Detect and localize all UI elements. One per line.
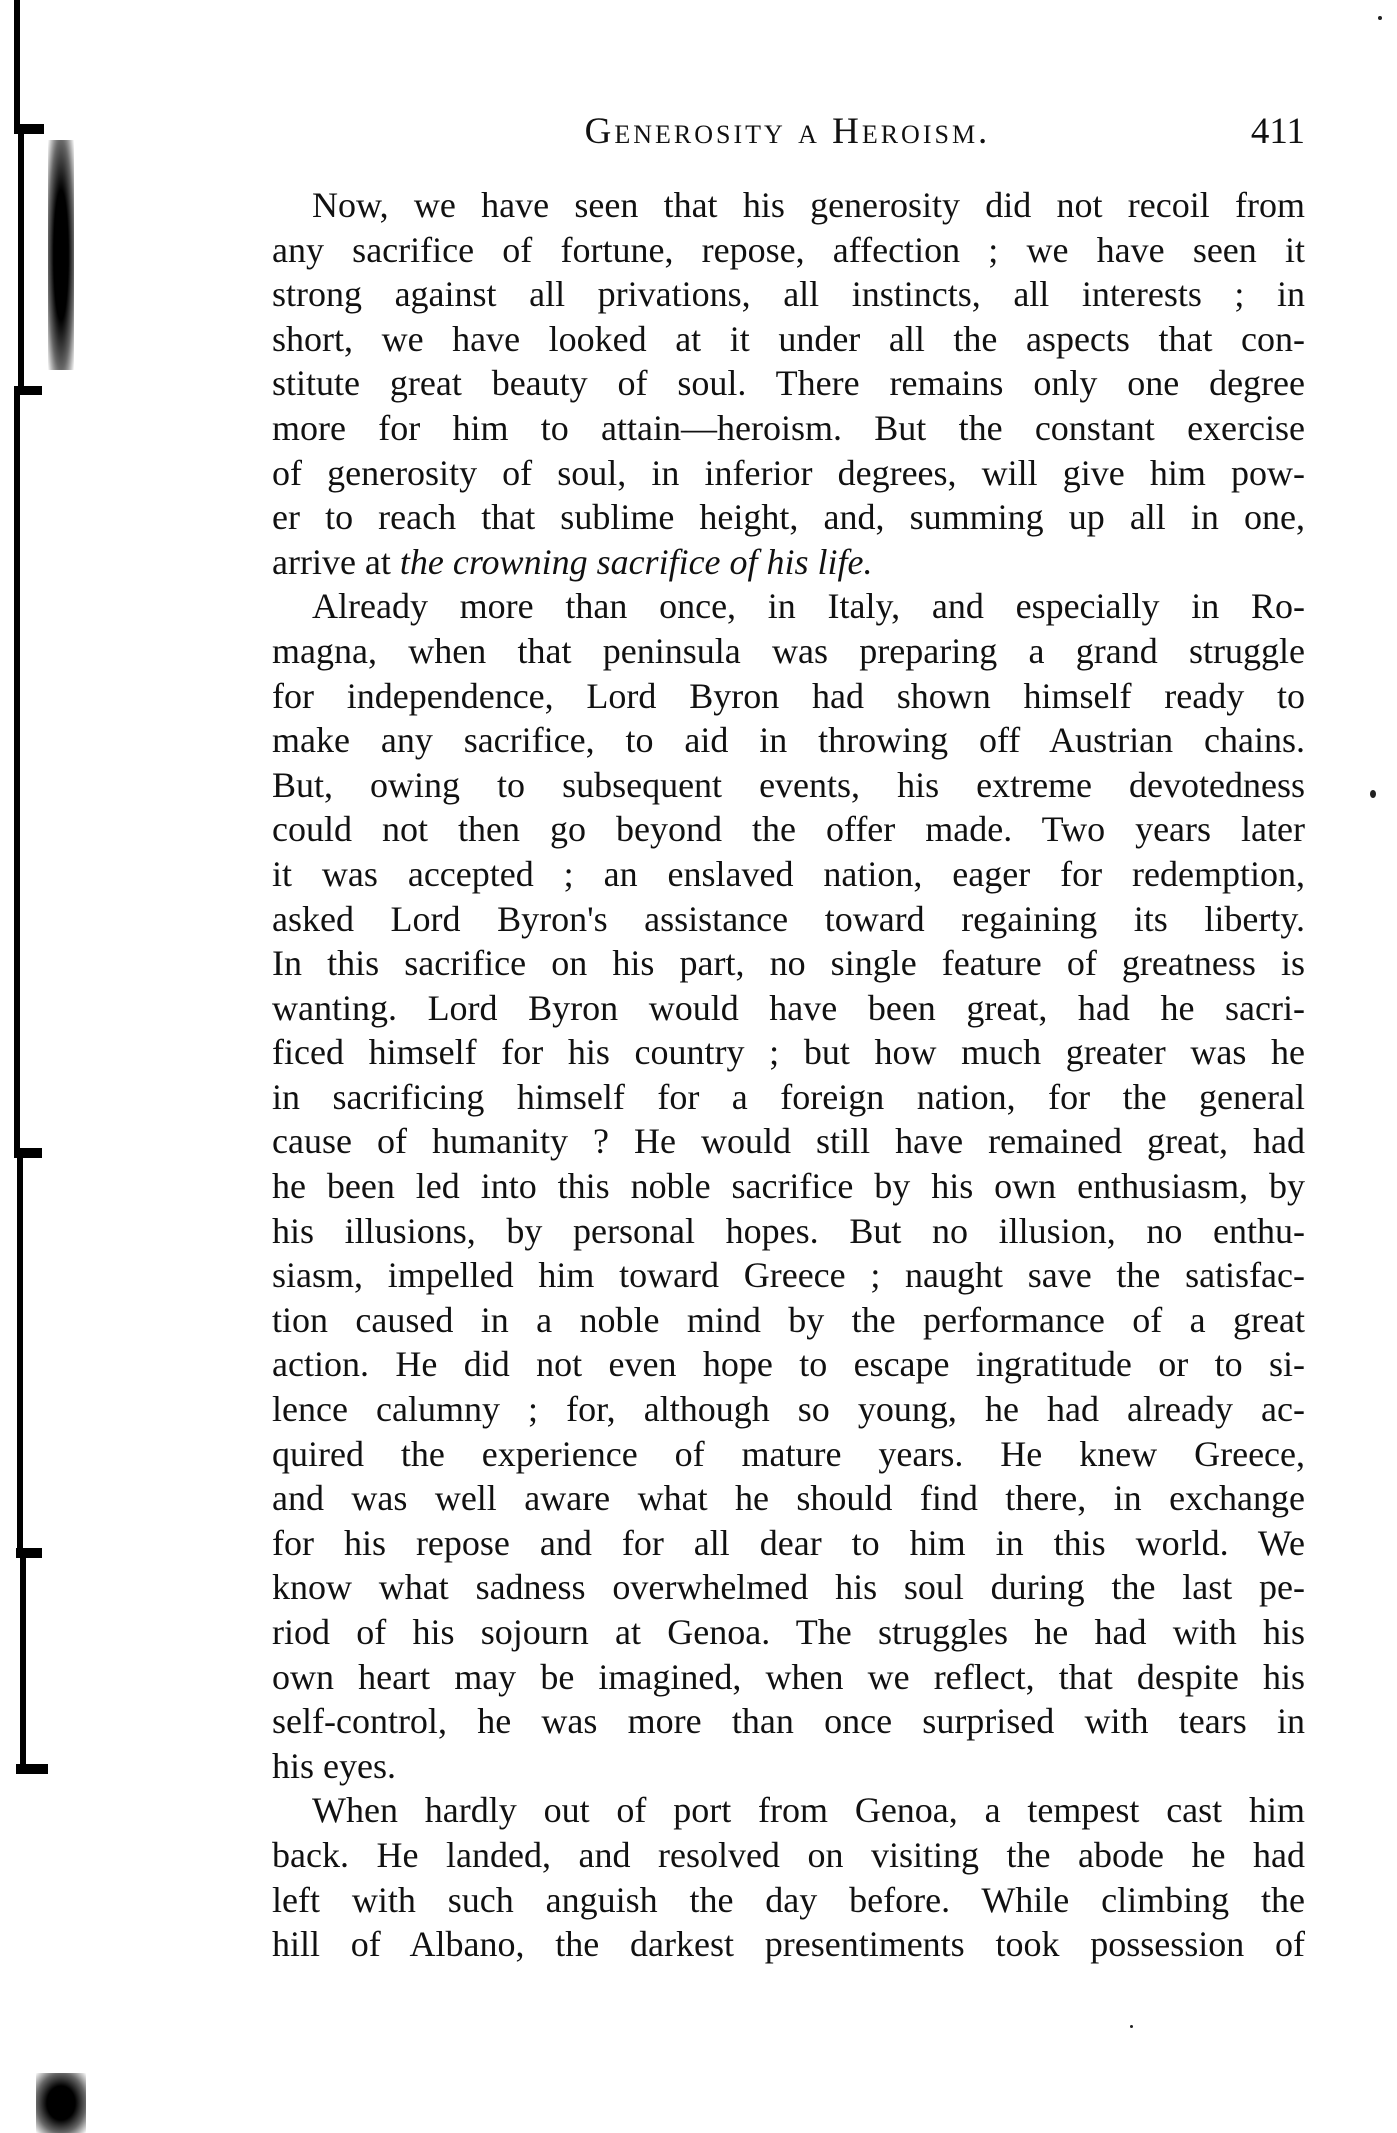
- print-speck: [1370, 790, 1376, 798]
- paragraph-1: Now, we have seen that his generosity di…: [272, 183, 1305, 584]
- text-line: quired the experience of mature years. H…: [272, 1432, 1305, 1477]
- running-head: Generosity a Heroism. 411: [270, 110, 1305, 160]
- text-line: and was well aware what he should find t…: [272, 1476, 1305, 1521]
- spine-line-3: [17, 1156, 23, 1552]
- text-line: tion caused in a noble mind by the perfo…: [272, 1298, 1305, 1343]
- text-line: his illusions, by personal hopes. But no…: [272, 1209, 1305, 1254]
- spine-foot: [16, 1764, 48, 1774]
- text-line: in sacrificing himself for a foreign nat…: [272, 1075, 1305, 1120]
- text-line: know what sadness overwhelmed his soul d…: [272, 1565, 1305, 1610]
- text-line: for independence, Lord Byron had shown h…: [272, 674, 1305, 719]
- text-line: it was accepted ; an enslaved nation, ea…: [272, 852, 1305, 897]
- print-speck: [1378, 16, 1382, 20]
- text-line: left with such anguish the day before. W…: [272, 1878, 1305, 1923]
- text-line: arrive at the crowning sacrifice of his …: [272, 540, 1305, 585]
- print-speck: [1130, 2025, 1133, 2028]
- text-line: hill of Albano, the darkest presentiment…: [272, 1922, 1305, 1967]
- text-line: er to reach that sublime height, and, su…: [272, 495, 1305, 540]
- text-line: self-control, he was more than once surp…: [272, 1699, 1305, 1744]
- text-line: of generosity of soul, in inferior degre…: [272, 451, 1305, 496]
- text-line: own heart may be imagined, when we refle…: [272, 1655, 1305, 1700]
- text-line: any sacrifice of fortune, repose, affect…: [272, 228, 1305, 273]
- text-line: action. He did not even hope to escape i…: [272, 1342, 1305, 1387]
- spine-line-1: [18, 132, 24, 387]
- text-line: his eyes.: [272, 1744, 1305, 1789]
- body-text: Now, we have seen that his generosity di…: [272, 183, 1305, 1967]
- text-line: In this sacrifice on his part, no single…: [272, 941, 1305, 986]
- page-number: 411: [1251, 110, 1305, 153]
- spine-line-4: [20, 1556, 26, 1766]
- italic-emphasis: the crowning sacrifice of his life.: [400, 542, 873, 582]
- paragraph-2: Already more than once, in Italy, and es…: [272, 584, 1305, 1788]
- text-line: Already more than once, in Italy, and es…: [272, 584, 1305, 629]
- ink-smudge-1: [48, 140, 74, 370]
- text-fragment: arrive at: [272, 542, 400, 582]
- text-line: ficed himself for his country ; but how …: [272, 1030, 1305, 1075]
- text-line: asked Lord Byron's assistance toward reg…: [272, 897, 1305, 942]
- text-line: back. He landed, and resolved on visitin…: [272, 1833, 1305, 1878]
- text-line: for his repose and for all dear to him i…: [272, 1521, 1305, 1566]
- text-line: he been led into this noble sacrifice by…: [272, 1164, 1305, 1209]
- text-line: make any sacrifice, to aid in throwing o…: [272, 718, 1305, 763]
- text-line: lence calumny ; for, although so young, …: [272, 1387, 1305, 1432]
- spine-line-top: [14, 0, 20, 128]
- spine-line-2: [14, 394, 20, 1154]
- text-line: magna, when that peninsula was preparing…: [272, 629, 1305, 674]
- text-line: stitute great beauty of soul. There rema…: [272, 361, 1305, 406]
- text-line: strong against all privations, all insti…: [272, 272, 1305, 317]
- text-line: But, owing to subsequent events, his ext…: [272, 763, 1305, 808]
- text-line: wanting. Lord Byron would have been grea…: [272, 986, 1305, 1031]
- text-line: When hardly out of port from Genoa, a te…: [272, 1788, 1305, 1833]
- text-line: more for him to attain—heroism. But the …: [272, 406, 1305, 451]
- text-line: Now, we have seen that his generosity di…: [272, 183, 1305, 228]
- book-page: Generosity a Heroism. 411 Now, we have s…: [0, 0, 1397, 2133]
- running-title: Generosity a Heroism.: [270, 110, 1305, 153]
- text-line: cause of humanity ? He would still have …: [272, 1119, 1305, 1164]
- paragraph-3: When hardly out of port from Genoa, a te…: [272, 1788, 1305, 1966]
- ink-smudge-2: [36, 2073, 86, 2133]
- binding-edge-artifacts: [0, 0, 120, 2133]
- text-line: could not then go beyond the offer made.…: [272, 807, 1305, 852]
- text-line: siasm, impelled him toward Greece ; naug…: [272, 1253, 1305, 1298]
- text-line: riod of his sojourn at Genoa. The strugg…: [272, 1610, 1305, 1655]
- text-line: short, we have looked at it under all th…: [272, 317, 1305, 362]
